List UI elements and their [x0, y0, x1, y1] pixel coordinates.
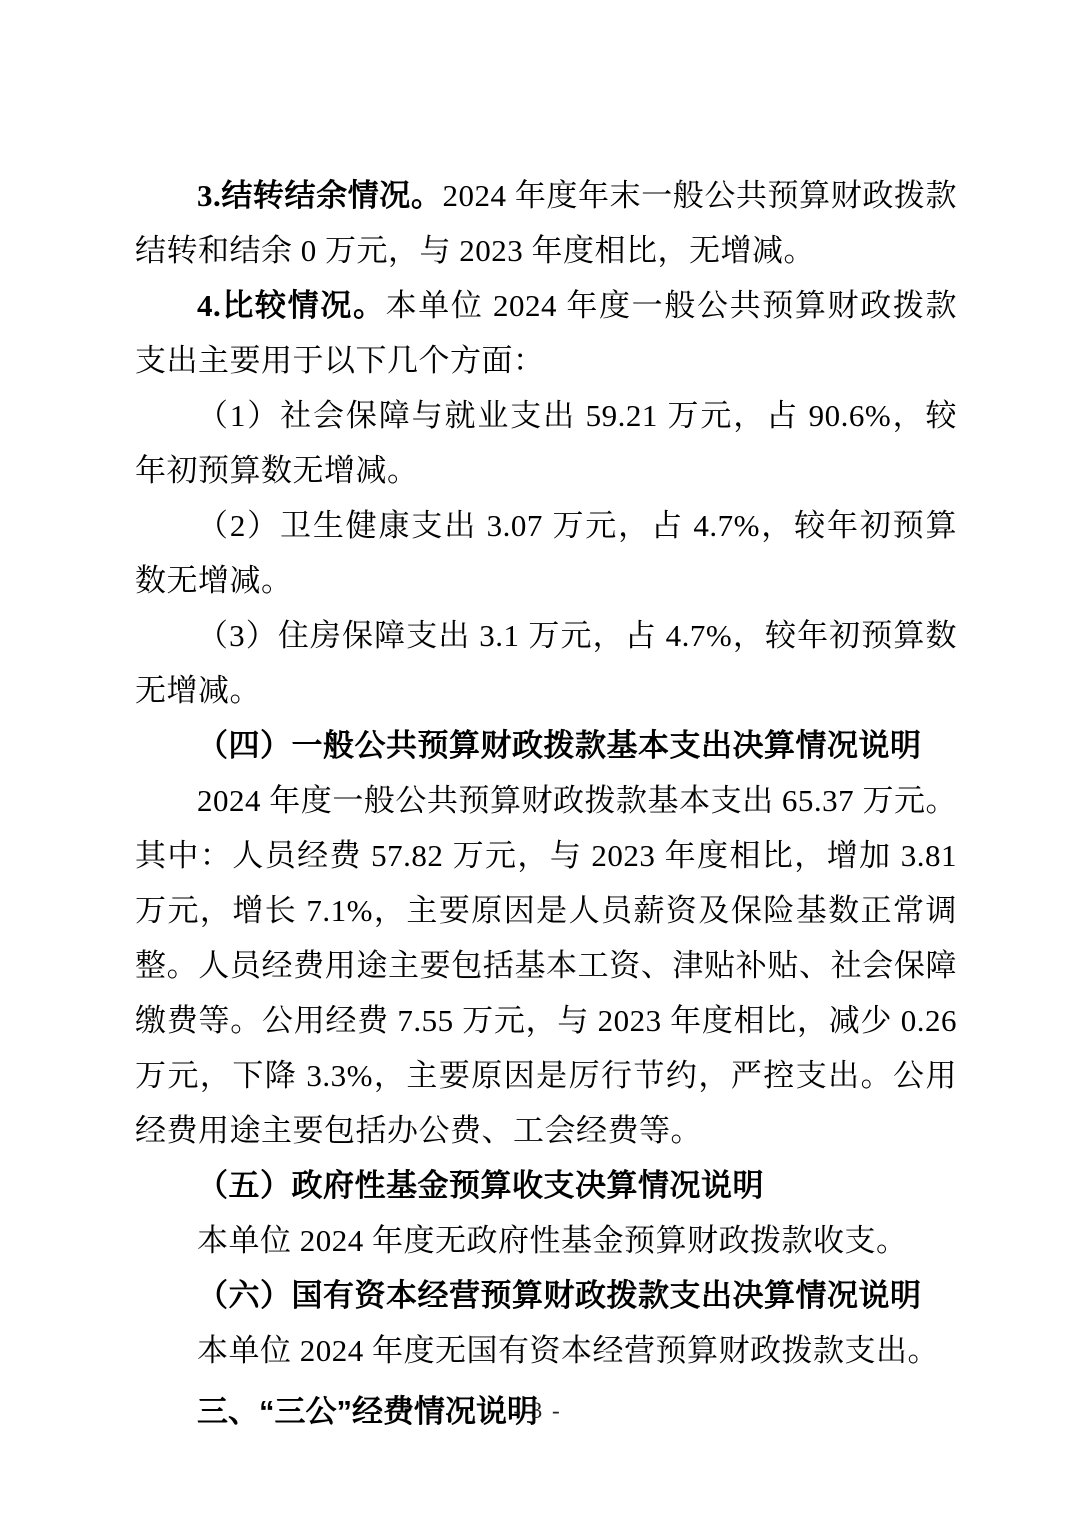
paragraph-item-1: （1）社会保障与就业支出 59.21 万元，占 90.6%，较年初预算数无增减。	[135, 388, 957, 498]
paragraph-comparison-lead: 4.比较情况。	[197, 288, 386, 323]
section-heading-6-text: （六）国有资本经营预算财政拨款支出决算情况说明	[197, 1278, 922, 1313]
paragraph-carryover: 3.结转结余情况。2024 年度年末一般公共预算财政拨款结转和结余 0 万元，与…	[135, 168, 957, 278]
paragraph-item-3: （3）住房保障支出 3.1 万元，占 4.7%，较年初预算数无增减。	[135, 608, 957, 718]
section-heading-5-text: （五）政府性基金预算收支决算情况说明	[197, 1168, 764, 1203]
paragraph-basic-expenditure-text: 2024 年度一般公共预算财政拨款基本支出 65.37 万元。其中：人员经费 5…	[135, 783, 957, 1148]
page-number: - 3 -	[0, 1398, 1075, 1424]
paragraph-state-capital-text: 本单位 2024 年度无国有资本经营预算财政拨款支出。	[197, 1333, 939, 1368]
paragraph-item-1-text: （1）社会保障与就业支出 59.21 万元，占 90.6%，较年初预算数无增减。	[135, 398, 957, 488]
paragraph-basic-expenditure: 2024 年度一般公共预算财政拨款基本支出 65.37 万元。其中：人员经费 5…	[135, 773, 957, 1158]
paragraph-comparison: 4.比较情况。本单位 2024 年度一般公共预算财政拨款支出主要用于以下几个方面…	[135, 278, 957, 388]
paragraph-state-capital: 本单位 2024 年度无国有资本经营预算财政拨款支出。	[135, 1323, 957, 1378]
paragraph-gov-fund: 本单位 2024 年度无政府性基金预算财政拨款收支。	[135, 1213, 957, 1268]
paragraph-item-2: （2）卫生健康支出 3.07 万元，占 4.7%，较年初预算数无增减。	[135, 498, 957, 608]
paragraph-carryover-lead: 3.结转结余情况。	[197, 178, 442, 213]
paragraph-item-2-text: （2）卫生健康支出 3.07 万元，占 4.7%，较年初预算数无增减。	[135, 508, 957, 598]
paragraph-gov-fund-text: 本单位 2024 年度无政府性基金预算财政拨款收支。	[197, 1223, 908, 1258]
paragraph-item-3-text: （3）住房保障支出 3.1 万元，占 4.7%，较年初预算数无增减。	[135, 618, 957, 708]
document-page: 3.结转结余情况。2024 年度年末一般公共预算财政拨款结转和结余 0 万元，与…	[0, 0, 1075, 1520]
section-heading-5: （五）政府性基金预算收支决算情况说明	[135, 1158, 957, 1213]
document-body: 3.结转结余情况。2024 年度年末一般公共预算财政拨款结转和结余 0 万元，与…	[135, 168, 957, 1439]
section-heading-6: （六）国有资本经营预算财政拨款支出决算情况说明	[135, 1268, 957, 1323]
section-heading-4-text: （四）一般公共预算财政拨款基本支出决算情况说明	[197, 728, 922, 763]
section-heading-4: （四）一般公共预算财政拨款基本支出决算情况说明	[135, 718, 957, 773]
